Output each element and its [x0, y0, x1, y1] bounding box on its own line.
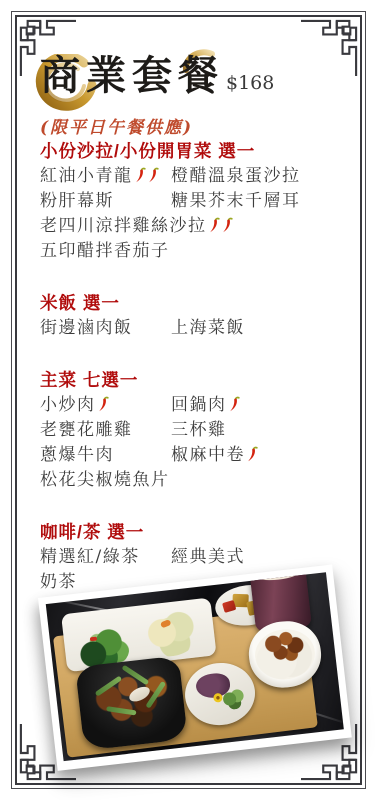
menu-item: 蔥爆牛肉 — [40, 443, 171, 468]
menu-item: 橙醋溫泉蛋沙拉 — [171, 164, 301, 189]
menu-sections: 小份沙拉/小份開胃菜 選一紅油小青龍橙醋溫泉蛋沙拉粉肝幕斯糖果芥末千層耳老四川涼… — [40, 141, 340, 624]
menu-row: 五印醋拌香茄子 — [40, 239, 340, 264]
menu-item-label: 回鍋肉 — [171, 395, 227, 415]
menu-section: 主菜 七選一小炒肉回鍋肉老甕花雕雞三杯雞蔥爆牛肉椒麻中卷松花尖椒燒魚片 — [40, 370, 340, 493]
menu-row: 老四川涼拌雞絲沙拉 — [40, 214, 340, 239]
chili-icon — [134, 167, 146, 183]
menu-row: 蔥爆牛肉椒麻中卷 — [40, 443, 340, 468]
menu-item: 小炒肉 — [40, 393, 171, 418]
menu-row: 小炒肉回鍋肉 — [40, 393, 340, 418]
section-header: 米飯 選一 — [40, 293, 340, 314]
menu-item: 老四川涼拌雞絲沙拉 — [40, 214, 233, 239]
menu-row: 紅油小青龍橙醋溫泉蛋沙拉 — [40, 164, 340, 189]
menu-section: 米飯 選一街邊滷肉飯上海菜飯 — [40, 293, 340, 341]
menu-item-label: 蔥爆牛肉 — [40, 445, 114, 465]
chili-icon — [208, 217, 220, 233]
menu-item: 糖果芥末千層耳 — [171, 189, 301, 214]
section-header: 小份沙拉/小份開胃菜 選一 — [40, 141, 340, 162]
menu-item-label: 小炒肉 — [40, 395, 96, 415]
menu-item-label: 上海菜飯 — [171, 318, 245, 338]
menu-item: 街邊滷肉飯 — [40, 316, 171, 341]
menu-item-label: 老四川涼拌雞絲沙拉 — [40, 216, 207, 236]
menu-item-label: 紅油小青龍 — [40, 166, 133, 186]
menu-item-label: 經典美式 — [171, 547, 245, 567]
chili-icon — [147, 167, 159, 183]
section-header: 咖啡/茶 選一 — [40, 522, 340, 543]
menu-page: 商業套餐 $168 (限平日午餐供應) 小份沙拉/小份開胃菜 選一紅油小青龍橙醋… — [0, 0, 377, 800]
menu-section: 小份沙拉/小份開胃菜 選一紅油小青龍橙醋溫泉蛋沙拉粉肝幕斯糖果芥末千層耳老四川涼… — [40, 141, 340, 264]
menu-row: 粉肝幕斯糖果芥末千層耳 — [40, 189, 340, 214]
menu-item-label: 糖果芥末千層耳 — [171, 191, 301, 211]
menu-item: 三杯雞 — [171, 418, 227, 443]
food-photo-image — [46, 572, 344, 761]
menu-item: 奶茶 — [40, 570, 77, 595]
menu-item: 椒麻中卷 — [171, 443, 258, 468]
menu-item-label: 松花尖椒燒魚片 — [40, 470, 170, 490]
chili-icon — [221, 217, 233, 233]
menu-item-label: 精選紅/綠茶 — [40, 547, 140, 567]
section-header: 主菜 七選一 — [40, 370, 340, 391]
title-block: 商業套餐 $168 — [40, 52, 274, 100]
fretwork-corner-icon — [301, 18, 359, 76]
menu-item: 經典美式 — [171, 545, 245, 570]
menu-item: 紅油小青龍 — [40, 164, 171, 189]
chili-icon — [97, 396, 109, 412]
menu-item: 回鍋肉 — [171, 393, 240, 418]
menu-item-label: 街邊滷肉飯 — [40, 318, 133, 338]
page-title: 商業套餐 — [40, 52, 224, 100]
food-photo — [38, 564, 352, 770]
chili-icon — [246, 446, 258, 462]
menu-row: 街邊滷肉飯上海菜飯 — [40, 316, 340, 341]
menu-item: 松花尖椒燒魚片 — [40, 468, 170, 493]
menu-row: 精選紅/綠茶經典美式 — [40, 545, 340, 570]
menu-item-label: 老甕花雕雞 — [40, 420, 133, 440]
menu-item-label: 五印醋拌香茄子 — [40, 241, 170, 261]
menu-item: 粉肝幕斯 — [40, 189, 171, 214]
menu-row: 老甕花雕雞三杯雞 — [40, 418, 340, 443]
menu-item-label: 椒麻中卷 — [171, 445, 245, 465]
menu-item-label: 橙醋溫泉蛋沙拉 — [171, 166, 301, 186]
availability-note: (限平日午餐供應) — [40, 113, 193, 138]
chili-icon — [228, 396, 240, 412]
menu-item-label: 粉肝幕斯 — [40, 191, 114, 211]
menu-item: 老甕花雕雞 — [40, 418, 171, 443]
price-label: $168 — [226, 72, 274, 94]
menu-item: 五印醋拌香茄子 — [40, 239, 170, 264]
menu-item-label: 奶茶 — [40, 572, 77, 592]
menu-row: 松花尖椒燒魚片 — [40, 468, 340, 493]
menu-item: 精選紅/綠茶 — [40, 545, 171, 570]
menu-item: 上海菜飯 — [171, 316, 245, 341]
menu-item-label: 三杯雞 — [171, 420, 227, 440]
